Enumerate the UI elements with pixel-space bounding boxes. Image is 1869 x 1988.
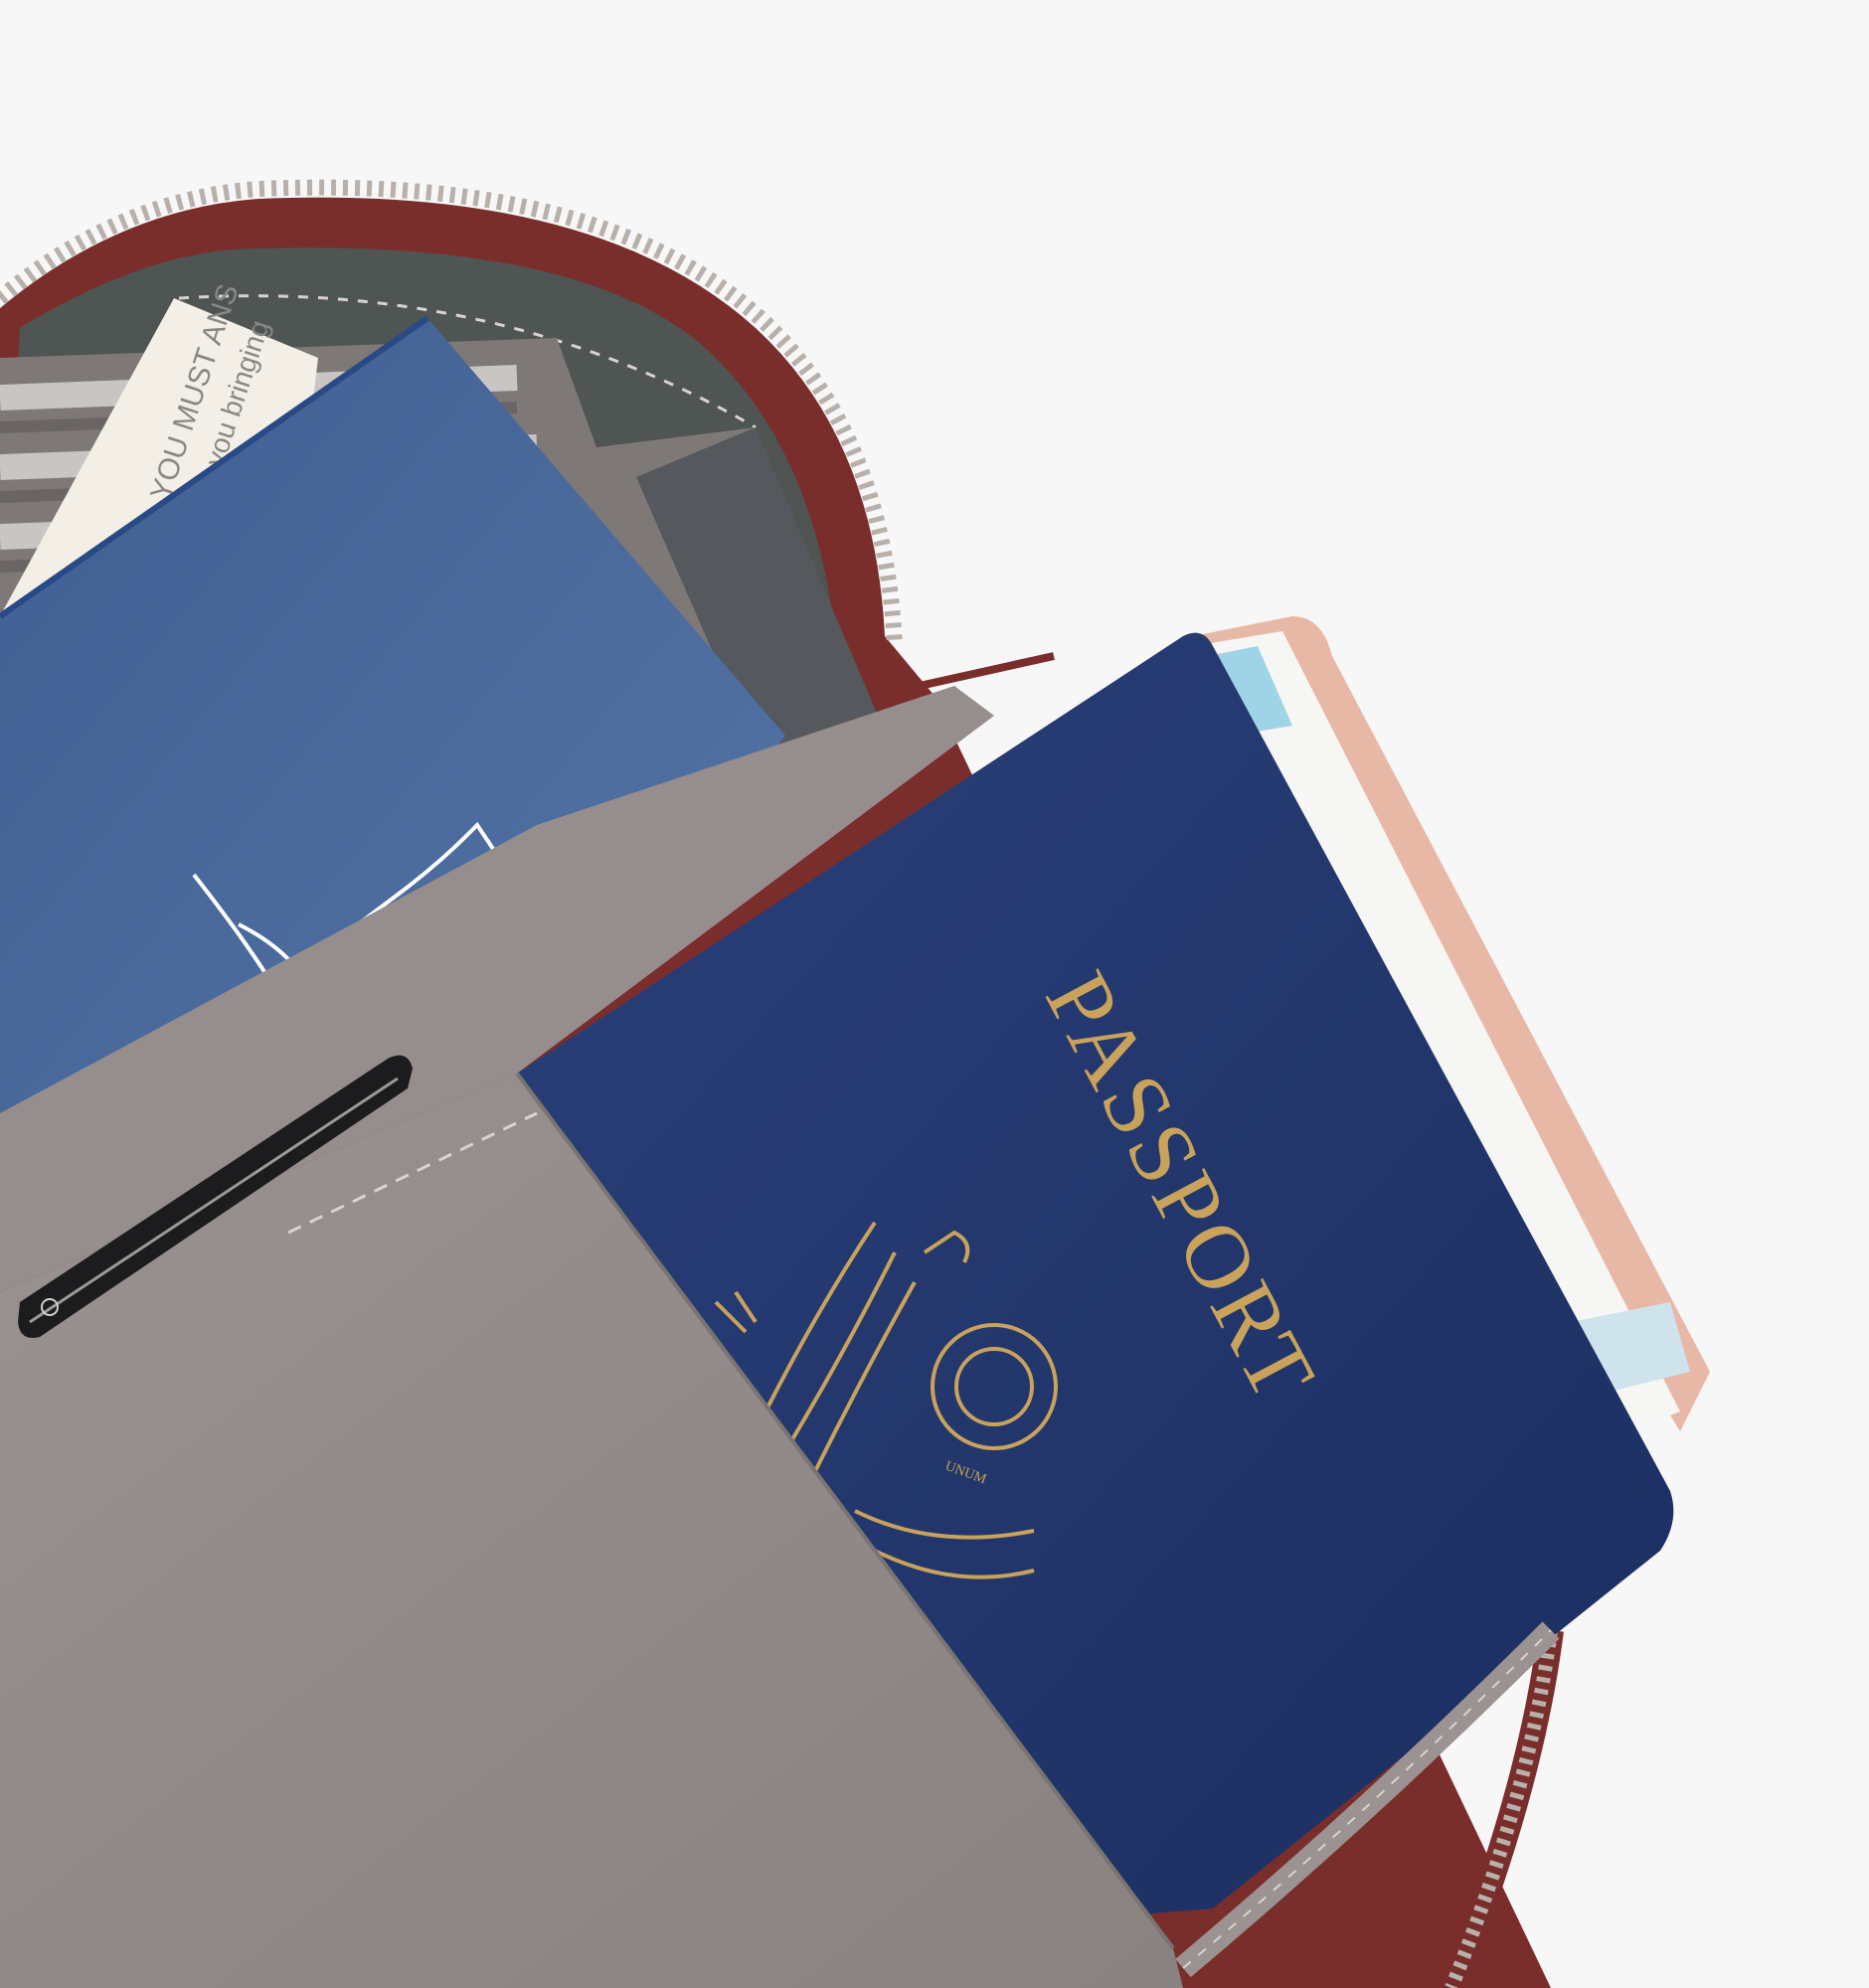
wallet-photo-illustration: YOU MUST ANS Are you bringing Australia … [0, 0, 1869, 1988]
product-photo: YOU MUST ANS Are you bringing Australia … [0, 0, 1869, 1988]
